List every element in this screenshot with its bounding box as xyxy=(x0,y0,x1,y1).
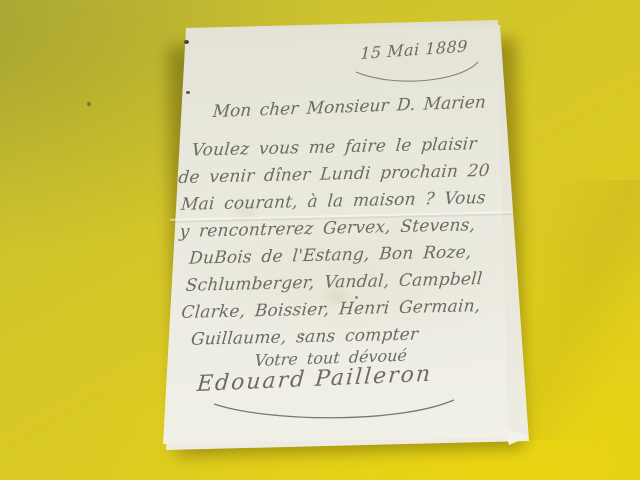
paper-speck-left xyxy=(186,91,190,94)
background-wrinkle-shade xyxy=(510,180,640,440)
letter-body: Voulez vous me faire le plaisir de venir… xyxy=(176,131,492,354)
photo-background: 15 Mai 1889 Mon cher Monsieur D. Marien … xyxy=(0,0,640,480)
background-speck xyxy=(87,102,91,106)
paper-speck-top xyxy=(184,40,189,44)
signature-flourish xyxy=(208,398,460,422)
date-flourish xyxy=(352,60,484,86)
